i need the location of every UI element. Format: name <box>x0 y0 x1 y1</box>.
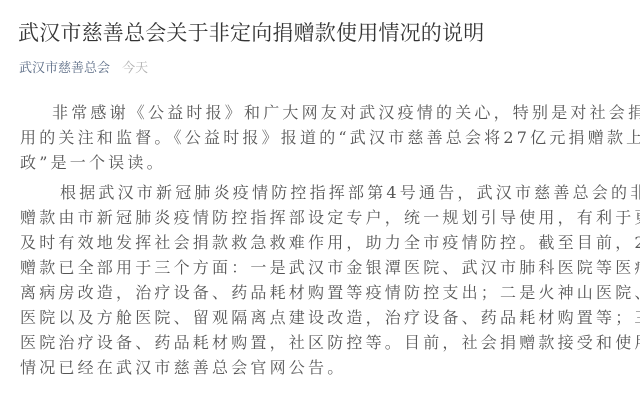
author-link[interactable]: 武汉市慈善总会 <box>19 61 110 76</box>
text-line: 情况已经在武汉市慈善总会官网公告。 <box>20 355 632 380</box>
text-line: 赠款由市新冠肺炎疫情防控指挥部设定专户，统一规划引导使用，有利于更加精确 <box>20 205 632 230</box>
article-meta: 武汉市慈善总会 今天 <box>19 60 148 78</box>
publish-time: 今天 <box>122 61 148 76</box>
text-line: 根据武汉市新冠肺炎疫情防控指挥部第4号通告，武汉市慈善总会的非定向捐 <box>20 180 632 205</box>
article-title: 武汉市慈善总会关于非定向捐赠款使用情况的说明 <box>18 19 484 47</box>
text-line: 医院以及方舱医院、留观隔离点建设改造，治疗设备、药品耗材购置等；三是区属 <box>20 305 632 330</box>
text-line: 用的关注和监督。《公益时报》报道的“武汉市慈善总会将27亿元捐赠款上缴财 <box>20 125 632 150</box>
text-line: 及时有效地发挥社会捐款救急救难作用，助力全市疫情防控。截至目前，27亿元捐 <box>20 230 632 255</box>
paragraph: 非常感谢《公益时报》和广大网友对武汉疫情的关心，特别是对社会捐赠款使 用的关注和… <box>20 100 632 175</box>
text-line: 政”是一个误读。 <box>20 150 632 175</box>
paragraph: 根据武汉市新冠肺炎疫情防控指挥部第4号通告，武汉市慈善总会的非定向捐 赠款由市新… <box>20 180 632 380</box>
article-body: 非常感谢《公益时报》和广大网友对武汉疫情的关心，特别是对社会捐赠款使 用的关注和… <box>20 100 632 385</box>
text-line: 医院治疗设备、药品耗材购置，社区防控等。目前，社会捐赠款接受和使用的具体 <box>20 330 632 355</box>
text-line: 非常感谢《公益时报》和广大网友对武汉疫情的关心，特别是对社会捐赠款使 <box>20 100 632 125</box>
text-line: 赠款已全部用于三个方面：一是武汉市金银潭医院、武汉市肺科医院等医疗机构隔 <box>20 255 632 280</box>
text-line: 离病房改造，治疗设备、药品耗材购置等疫情防控支出；二是火神山医院、雷神山 <box>20 280 632 305</box>
